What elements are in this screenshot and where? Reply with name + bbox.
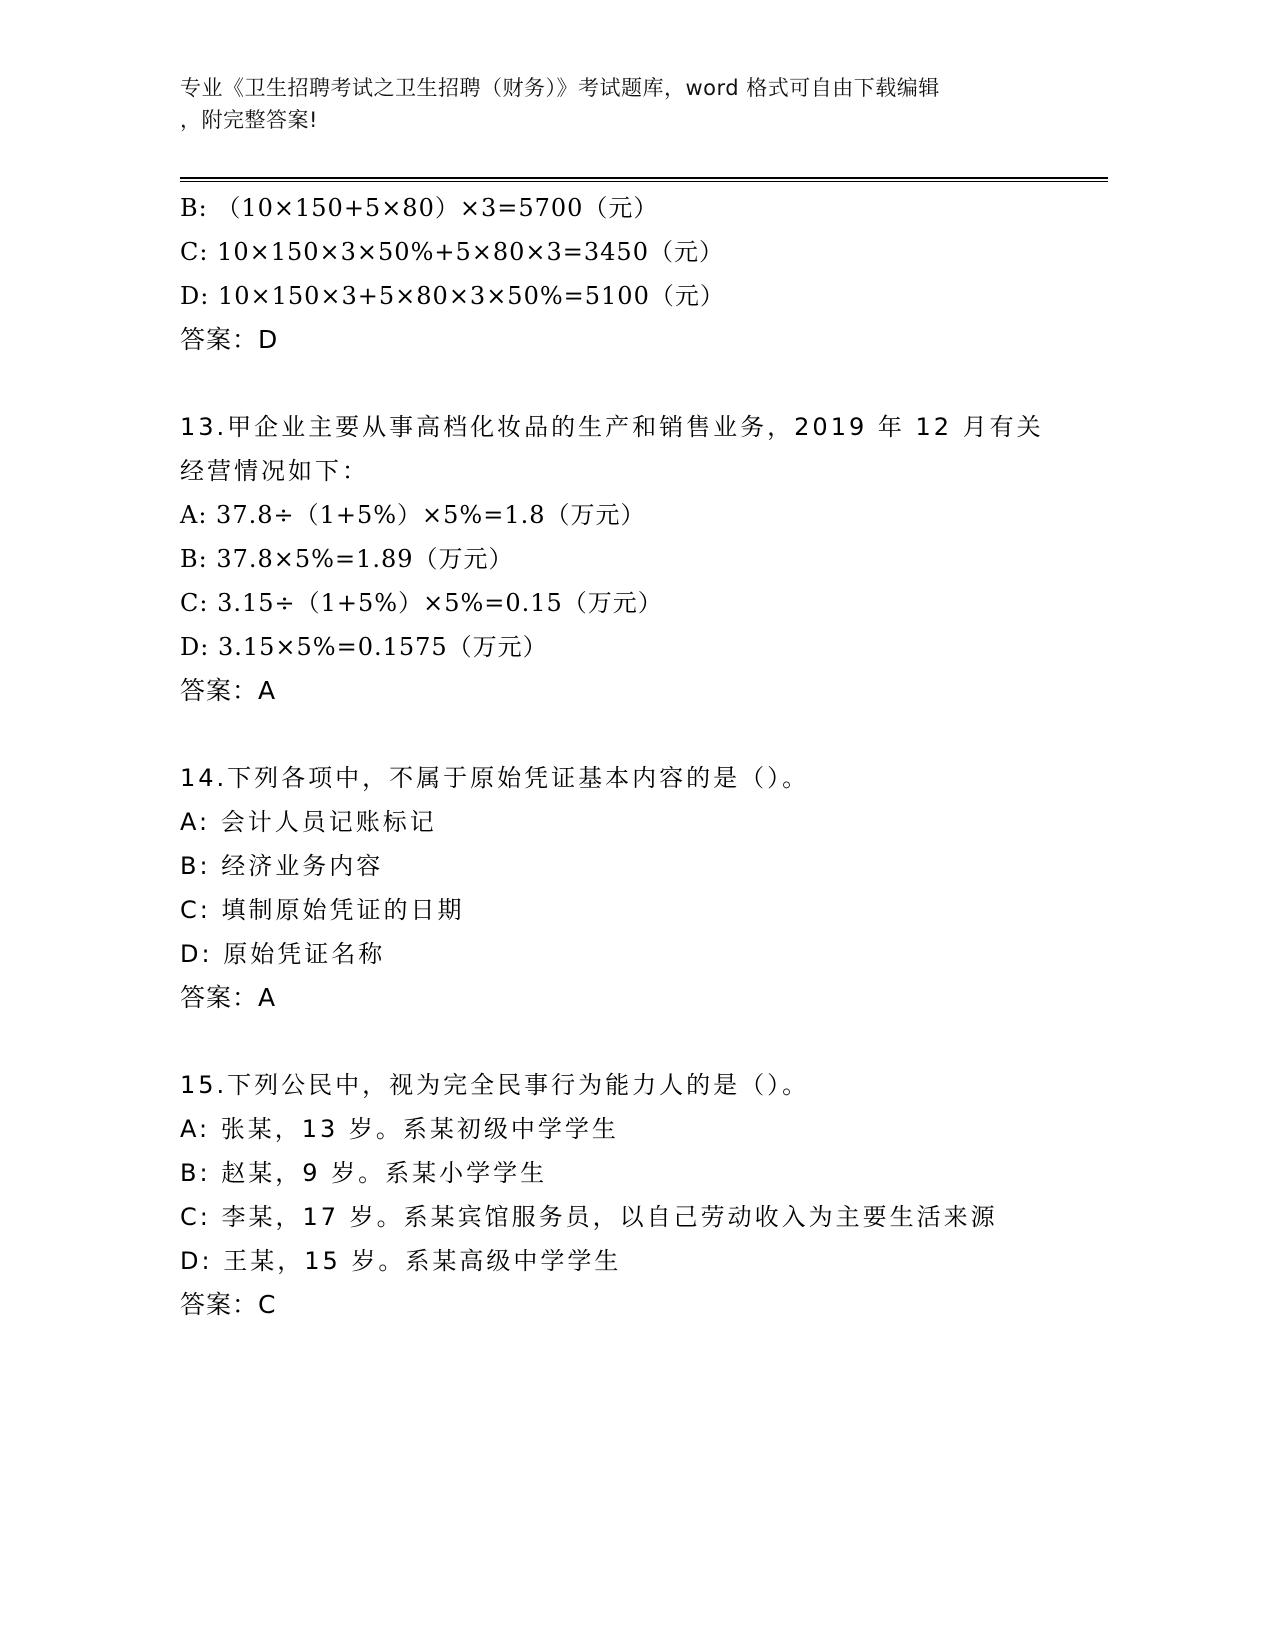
option-text: 王某，15 岁。系某高级中学学生	[213, 1247, 622, 1275]
option-label: A:	[180, 501, 207, 529]
option-d: D: 原始凭证名称	[180, 932, 1110, 976]
page-header: 专业《卫生招聘考试之卫生招聘（财务）》考试题库，word 格式可自由下载编辑 ，…	[180, 72, 1060, 136]
option-label: B:	[180, 852, 211, 880]
option-label: A:	[180, 1115, 210, 1143]
option-label: D:	[180, 633, 209, 661]
option-text: 经济业务内容	[211, 852, 384, 880]
option-label: D:	[180, 282, 209, 310]
option-d: D: 10×150×3+5×80×3×50%=5100（元）	[180, 274, 1110, 318]
spacer	[180, 362, 1110, 405]
option-c: C: 10×150×3×50%+5×80×3=3450（元）	[180, 230, 1110, 274]
option-text: 3.15÷（1+5%）×5%=0.15（万元）	[208, 589, 662, 617]
header-divider	[180, 177, 1108, 182]
option-d: D: 王某，15 岁。系某高级中学学生	[180, 1239, 1110, 1283]
answer-line: 答案：A	[180, 976, 1110, 1020]
question-stem: 13.甲企业主要从事高档化妆品的生产和销售业务，2019 年 12 月有关	[180, 405, 1110, 449]
header-line-2: ，附完整答案!	[180, 104, 1060, 136]
question-stem: 14.下列各项中，不属于原始凭证基本内容的是（）。	[180, 756, 1110, 800]
option-label: C:	[180, 1203, 211, 1231]
option-text: 10×150×3+5×80×3×50%=5100（元）	[209, 282, 725, 310]
option-text: 会计人员记账标记	[210, 808, 437, 836]
option-label: D:	[180, 1247, 213, 1275]
spacer	[180, 713, 1110, 756]
answer-line: 答案：A	[180, 669, 1110, 713]
option-a: A: 会计人员记账标记	[180, 800, 1110, 844]
header-line-1: 专业《卫生招聘考试之卫生招聘（财务）》考试题库，word 格式可自由下载编辑	[180, 72, 1060, 104]
question-14: 14.下列各项中，不属于原始凭证基本内容的是（）。 A: 会计人员记账标记 B:…	[180, 756, 1110, 1020]
option-label: A:	[180, 808, 210, 836]
option-b: B: 37.8×5%=1.89（万元）	[180, 537, 1110, 581]
option-c: C: 填制原始凭证的日期	[180, 888, 1110, 932]
option-label: C:	[180, 896, 211, 924]
answer-line: 答案：D	[180, 318, 1110, 362]
question-stem: 15.下列公民中，视为完全民事行为能力人的是（）。	[180, 1063, 1110, 1107]
option-a: A: 张某，13 岁。系某初级中学学生	[180, 1107, 1110, 1151]
option-b: B: 赵某，9 岁。系某小学学生	[180, 1151, 1110, 1195]
option-text: 李某，17 岁。系某宾馆服务员，以自己劳动收入为主要生活来源	[211, 1203, 998, 1231]
question-12-tail: B: （10×150+5×80）×3=5700（元） C: 10×150×3×5…	[180, 186, 1110, 362]
option-label: C:	[180, 589, 208, 617]
option-text: 原始凭证名称	[213, 940, 386, 968]
option-text: 赵某，9 岁。系某小学学生	[211, 1159, 548, 1187]
option-text: 37.8÷（1+5%）×5%=1.8（万元）	[207, 501, 645, 529]
option-text: 37.8×5%=1.89（万元）	[208, 545, 514, 573]
option-b: B: （10×150+5×80）×3=5700（元）	[180, 186, 1110, 230]
document-body: B: （10×150+5×80）×3=5700（元） C: 10×150×3×5…	[180, 186, 1110, 1327]
question-13: 13.甲企业主要从事高档化妆品的生产和销售业务，2019 年 12 月有关 经营…	[180, 405, 1110, 713]
option-text: 3.15×5%=0.1575（万元）	[209, 633, 547, 661]
option-c: C: 李某，17 岁。系某宾馆服务员，以自己劳动收入为主要生活来源	[180, 1195, 1110, 1239]
option-text: 张某，13 岁。系某初级中学学生	[210, 1115, 619, 1143]
option-label: C:	[180, 238, 208, 266]
spacer	[180, 1020, 1110, 1063]
option-c: C: 3.15÷（1+5%）×5%=0.15（万元）	[180, 581, 1110, 625]
document-page: 专业《卫生招聘考试之卫生招聘（财务）》考试题库，word 格式可自由下载编辑 ，…	[0, 0, 1275, 1650]
answer-line: 答案：C	[180, 1283, 1110, 1327]
question-15: 15.下列公民中，视为完全民事行为能力人的是（）。 A: 张某，13 岁。系某初…	[180, 1063, 1110, 1327]
option-label: B:	[180, 545, 208, 573]
option-label: B:	[180, 194, 208, 222]
option-a: A: 37.8÷（1+5%）×5%=1.8（万元）	[180, 493, 1110, 537]
option-d: D: 3.15×5%=0.1575（万元）	[180, 625, 1110, 669]
option-text: （10×150+5×80）×3=5700（元）	[208, 194, 659, 222]
option-label: D:	[180, 940, 213, 968]
option-text: 填制原始凭证的日期	[211, 896, 465, 924]
question-stem-continued: 经营情况如下：	[180, 449, 1110, 493]
option-label: B:	[180, 1159, 211, 1187]
option-b: B: 经济业务内容	[180, 844, 1110, 888]
option-text: 10×150×3×50%+5×80×3=3450（元）	[208, 238, 724, 266]
